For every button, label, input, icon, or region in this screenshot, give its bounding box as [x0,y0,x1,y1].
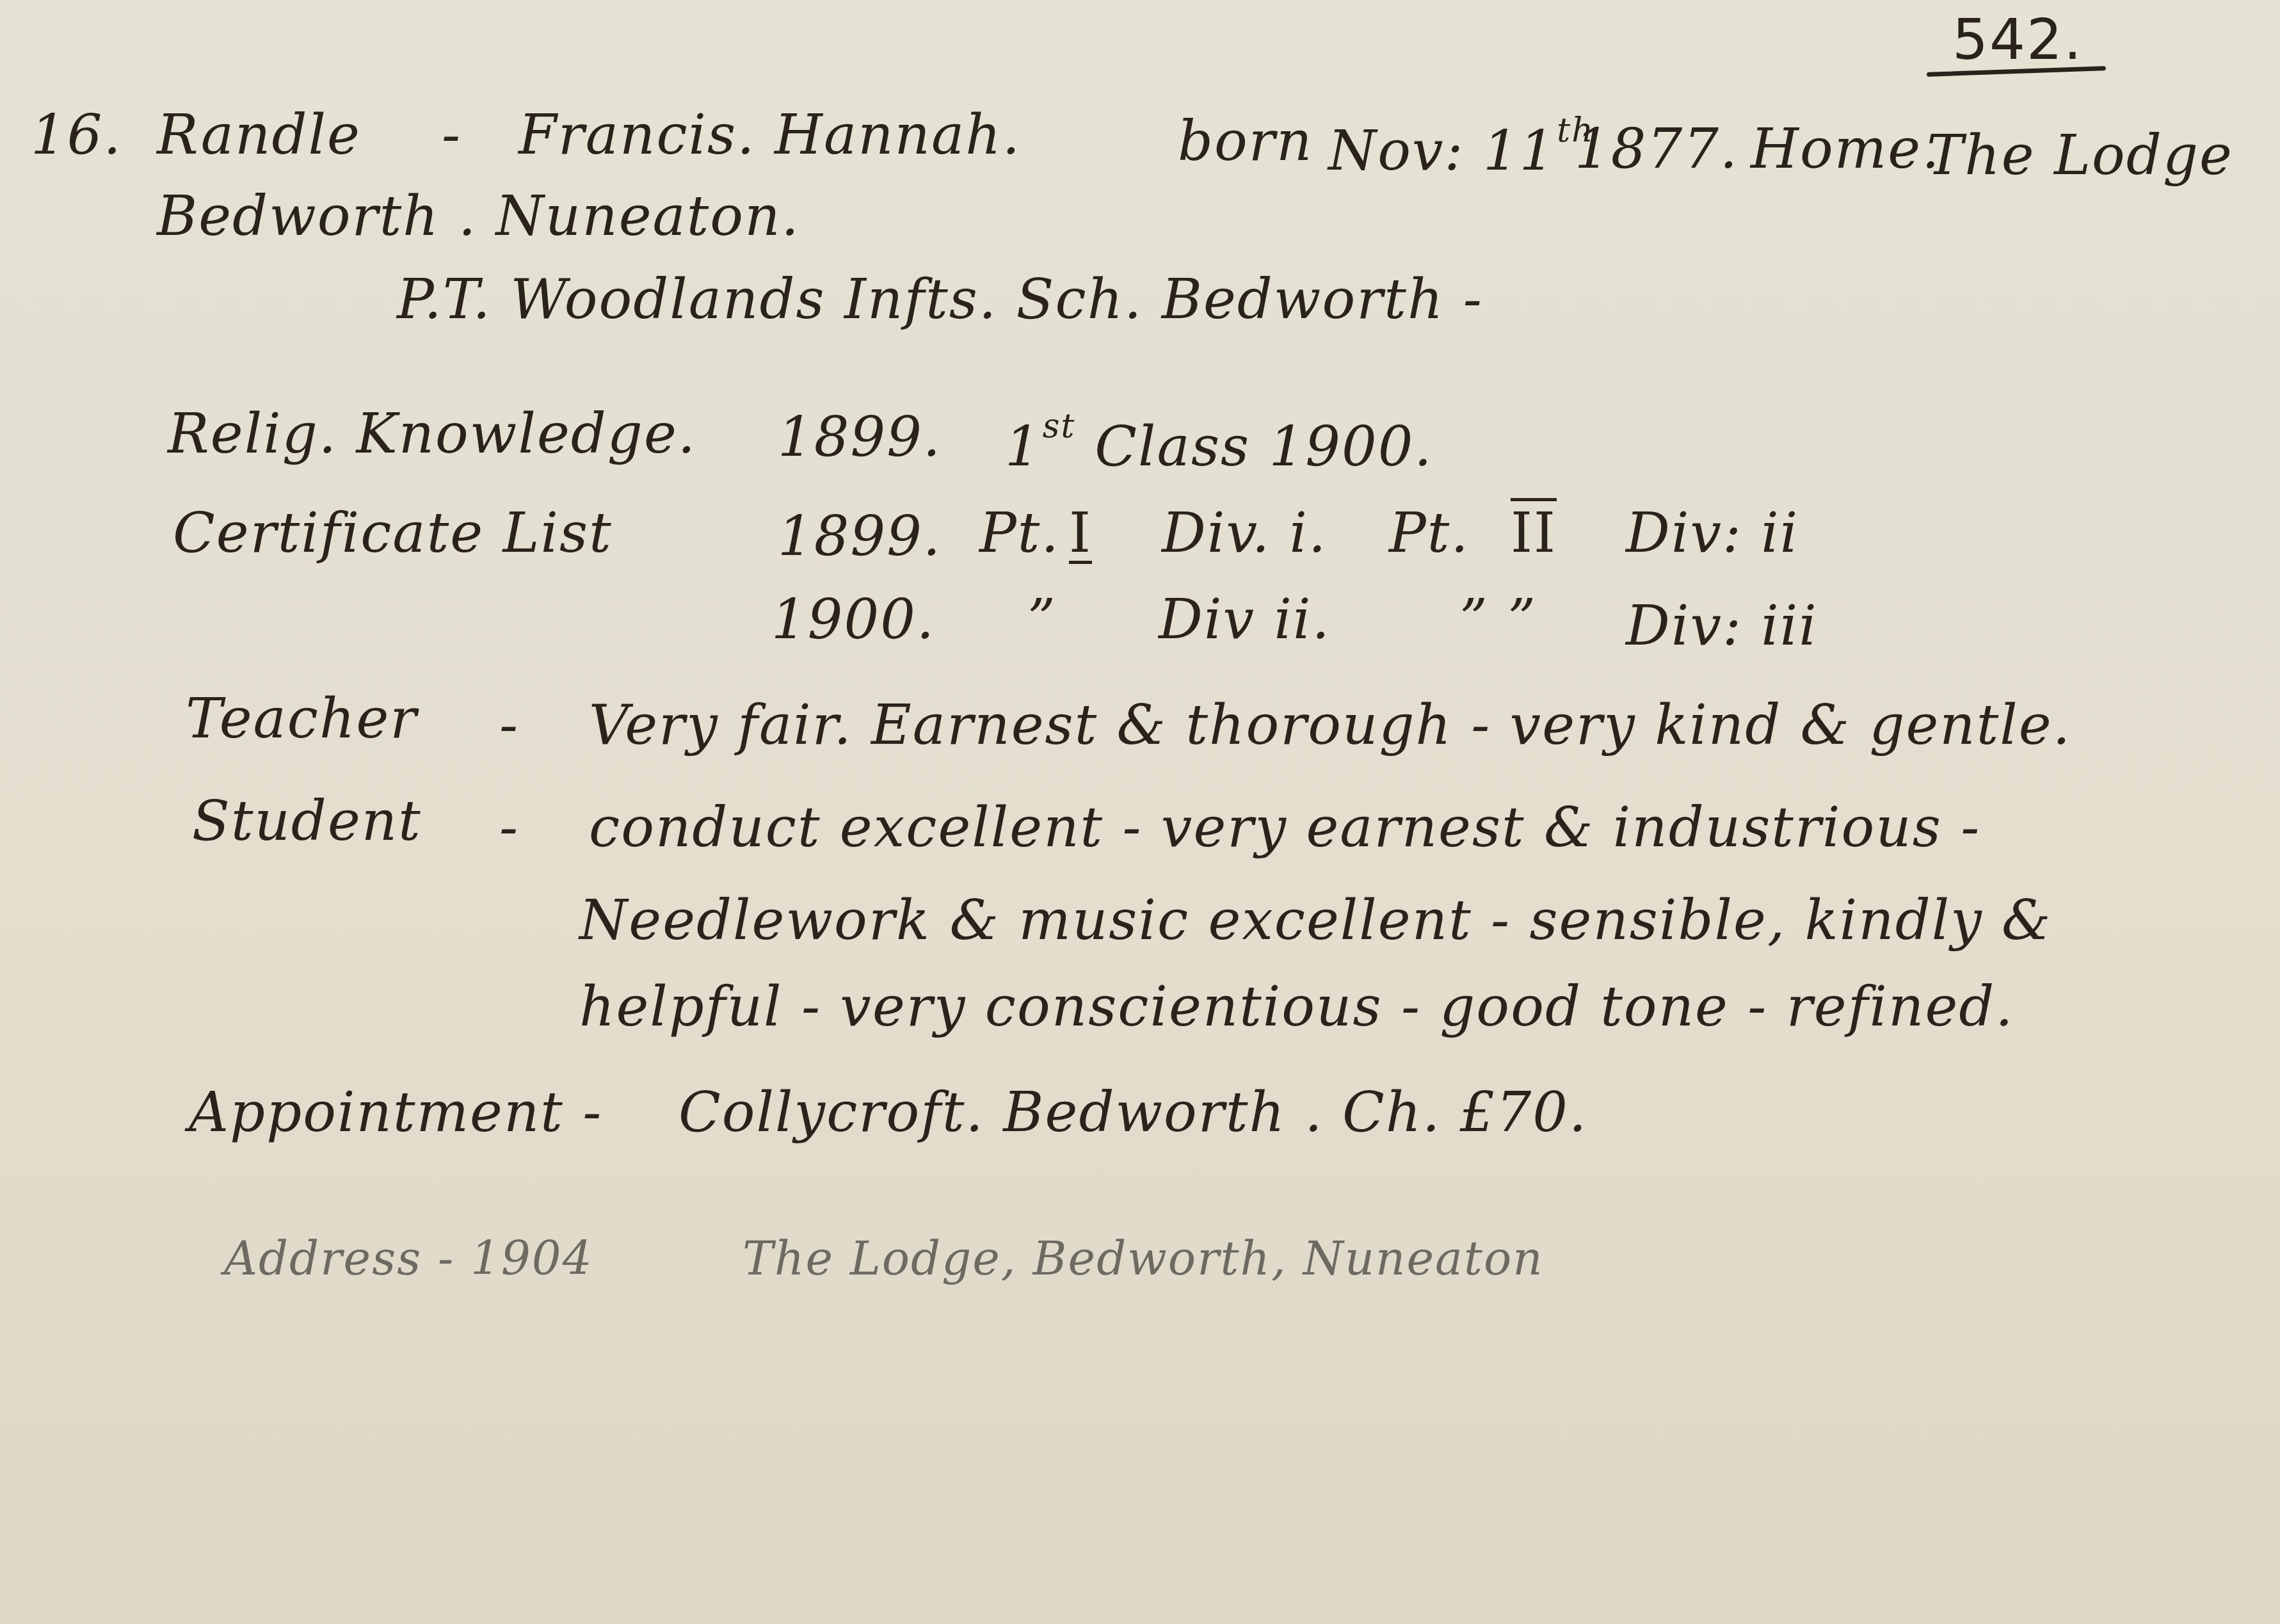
cert-row2-part2-div: Div: iii [1626,599,1818,654]
birth-date-day: Nov: 11 [1328,119,1555,183]
entry-number: 16. [31,108,122,163]
cert-row1-part2-label: Pt. [1389,506,1470,561]
home-address-line1: The Lodge [1927,128,2233,183]
page-number: 542. [1952,12,2083,68]
cert-row1-part2-div: Div: ii [1626,506,1799,561]
cert-row1-year: 1899. [778,509,942,564]
student-dash: - [499,800,519,855]
appointment-text: Collycroft. Bedworth . Ch. £70. [678,1085,1587,1140]
register-page: 542. 16. Randle - Francis. Hannah. born … [0,0,2280,1624]
teacher-report: Very fair. Earnest & thorough - very kin… [589,698,2071,753]
student-report-line3: helpful - very conscientious - good tone… [579,979,2014,1034]
cert-row1-part1-div: Div. i. [1162,506,1327,561]
relig-knowledge-result: 1stClass 1900. [1005,410,1433,474]
entry-surname: Randle [157,108,361,163]
cert-row1-part2-roman: II [1511,506,1557,561]
cert-row1-part1-roman: I [1069,506,1092,561]
cert-row2-part1-div: Div ii. [1159,592,1331,647]
cert-row2-part2-ditto: ” ” [1459,592,1537,647]
later-address-text: The Lodge, Bedworth, Nuneaton [743,1235,1544,1282]
later-address-label: Address - 1904 [224,1235,593,1282]
teacher-label: Teacher [186,691,417,746]
home-address-line2: Bedworth . Nuneaton. [157,189,800,244]
entry-given-names: Francis. Hannah. [518,108,1021,163]
cert-row2-part1-ditto: ” [1027,592,1057,647]
born-label: born [1178,114,1313,169]
cert-row2-year: 1900. [771,592,935,647]
entry-dash: - [442,108,462,163]
relig-knowledge-year: 1899. [778,410,942,465]
student-report-line1: conduct excellent - very earnest & indus… [589,800,1980,855]
student-report-line2: Needlework & music excellent - sensible,… [579,893,2052,948]
relig-knowledge-label: Relig. Knowledge. [168,406,696,462]
certificate-list-label: Certificate List [173,506,613,561]
teacher-dash: - [499,698,519,753]
home-label: Home. [1751,122,1941,177]
cert-row1-part1-label: Pt. [979,506,1060,561]
birth-year: 1877. [1575,122,1738,177]
student-label: Student [192,794,422,849]
birth-date: Nov: 11th [1328,114,1594,179]
pupil-teacher-school: P.T. Woodlands Infts. Sch. Bedworth - [397,272,1483,327]
appointment-label: Appointment - [189,1085,602,1140]
